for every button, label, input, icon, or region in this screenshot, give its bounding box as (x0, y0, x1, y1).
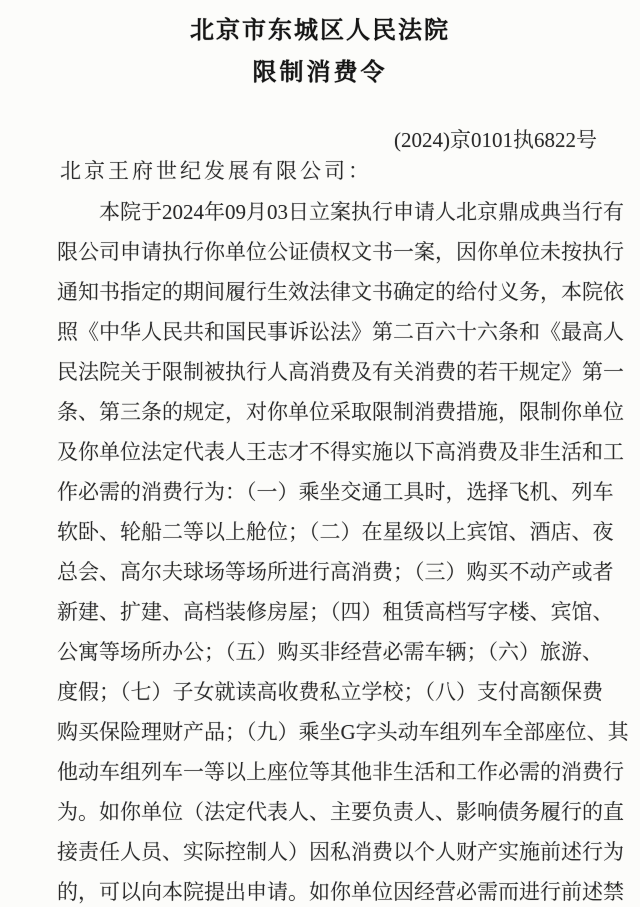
body-text-line: 本院于2024年09月03日立案执行申请人北京鼎成典当行有 (57, 192, 585, 232)
body-text-line: 照《中华人民共和国民事诉讼法》第二百六十六条和《最高人 (57, 312, 585, 352)
body-text-line: 民法院关于限制被执行人高消费及有关消费的若干规定》第一 (57, 352, 585, 392)
court-name-heading: 北京市东城区人民法院 (0, 16, 640, 46)
body-text-line: 条、第三条的规定，对你单位采取限制消费措施，限制你单位 (57, 392, 585, 432)
body-text-line: 总会、高尔夫球场等场所进行高消费；（三）购买不动产或者 (57, 552, 585, 592)
body-text-line: 接责任人员、实际控制人）因私消费以个人财产实施前述行为 (57, 832, 585, 872)
addressee-line: 北京王府世纪发展有限公司： (0, 156, 640, 186)
case-number: (2024)京0101执6822号 (0, 126, 640, 154)
body-text-line: 软卧、轮船二等以上舱位；（二）在星级以上宾馆、酒店、夜 (57, 512, 585, 552)
body-text-line: 新建、扩建、高档装修房屋；（四）租赁高档写字楼、宾馆、 (57, 592, 585, 632)
order-title-heading: 限制消费令 (0, 58, 640, 88)
body-text-line: 他动车组列车一等以上座位等其他非生活和工作必需的消费行 (57, 752, 585, 792)
body-text-line: 购买保险理财产品；（九）乘坐G字头动车组列车全部座位、其 (57, 712, 585, 752)
body-text-line: 的，可以向本院提出申请。如你单位因经营必需而进行前述禁 (57, 872, 585, 907)
body-text-line: 公寓等场所办公；（五）购买非经营必需车辆；（六）旅游、 (57, 632, 585, 672)
document-page: 北京市东城区人民法院 限制消费令 (2024)京0101执6822号 北京王府世… (0, 0, 640, 907)
body-text-line: 限公司申请执行你单位公证债权文书一案，因你单位未按执行 (57, 232, 585, 272)
body-text-line: 通知书指定的期间履行生效法律文书确定的给付义务，本院依 (57, 272, 585, 312)
body-text-line: 为。如你单位（法定代表人、主要负责人、影响债务履行的直 (57, 792, 585, 832)
body-text-line: 度假；（七）子女就读高收费私立学校；（八）支付高额保费 (57, 672, 585, 712)
body-text-line: 及你单位法定代表人王志才不得实施以下高消费及非生活和工 (57, 432, 585, 472)
document-body: 本院于2024年09月03日立案执行申请人北京鼎成典当行有限公司申请执行你单位公… (0, 192, 640, 907)
body-text-line: 作必需的消费行为：（一）乘坐交通工具时，选择飞机、列车 (57, 472, 585, 512)
